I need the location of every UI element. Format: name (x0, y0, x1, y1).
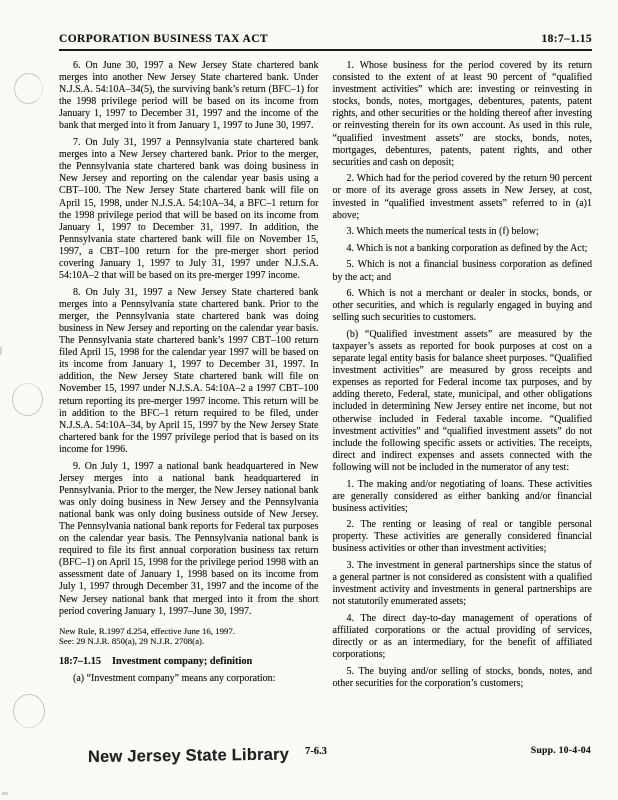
running-title: CORPORATION BUSINESS TAX ACT (59, 33, 268, 45)
citation-line: New Rule, R.1997 d.254, effective June 1… (59, 626, 319, 636)
sub-item-1: 1. The making and/or negotiating of loan… (333, 479, 593, 515)
item-5: 5. Which is not a financial business cor… (333, 259, 593, 283)
page-number: 7-6.3 (305, 746, 327, 757)
citation-line: See: 29 N.J.R. 850(a), 29 N.J.R. 2708(a)… (59, 636, 319, 646)
sub-item-4: 4. The direct day-to-day management of o… (333, 613, 593, 661)
paragraph-9: 9. On July 1, 1997 a national bank headq… (59, 461, 319, 618)
supplement-date: Supp. 10-4-04 (531, 745, 591, 756)
sub-item-3: 3. The investment in general partnership… (333, 560, 593, 608)
item-3: 3. Which meets the numerical tests in (f… (333, 226, 593, 238)
section-number: 18:7–1.15 (59, 656, 101, 667)
text-columns: 6. On June 30, 1997 a New Jersey State c… (59, 60, 592, 695)
scan-artifact (0, 347, 2, 355)
paragraph-a: (a) “Investment company” means any corpo… (59, 673, 319, 685)
item-1: 1. Whose business for the period covered… (333, 60, 593, 169)
section-heading: 18:7–1.15Investment company; definition (59, 656, 319, 668)
sub-item-2: 2. The renting or leasing of real or tan… (333, 519, 593, 555)
rule-history-citation: New Rule, R.1997 d.254, effective June 1… (59, 626, 319, 647)
paragraph-b: (b) “Qualified investment assets” are me… (333, 329, 593, 474)
left-column: 6. On June 30, 1997 a New Jersey State c… (59, 60, 319, 695)
paragraph-6: 6. On June 30, 1997 a New Jersey State c… (59, 60, 319, 133)
paragraph-8: 8. On July 31, 1997 a New Jersey State c… (59, 287, 319, 456)
item-2: 2. Which had for the period covered by t… (333, 173, 593, 221)
sub-item-5: 5. The buying and/or selling of stocks, … (333, 666, 593, 690)
document-page: CORPORATION BUSINESS TAX ACT 18:7–1.15 6… (0, 0, 618, 800)
right-column: 1. Whose business for the period covered… (333, 60, 593, 695)
section-title: Investment company; definition (112, 656, 252, 667)
scan-artifact (2, 792, 8, 795)
paragraph-7: 7. On July 31, 1997 a Pennsylvania state… (59, 137, 319, 282)
item-4: 4. Which is not a banking corporation as… (333, 243, 593, 255)
running-section-number: 18:7–1.15 (541, 33, 592, 45)
item-6: 6. Which is not a merchant or dealer in … (333, 288, 593, 324)
hole-punch-icon (12, 71, 45, 106)
library-stamp: New Jersey State Library (88, 746, 289, 767)
page-header: CORPORATION BUSINESS TAX ACT 18:7–1.15 (59, 33, 592, 51)
hole-punch-icon (13, 694, 45, 728)
hole-punch-icon (12, 383, 43, 416)
